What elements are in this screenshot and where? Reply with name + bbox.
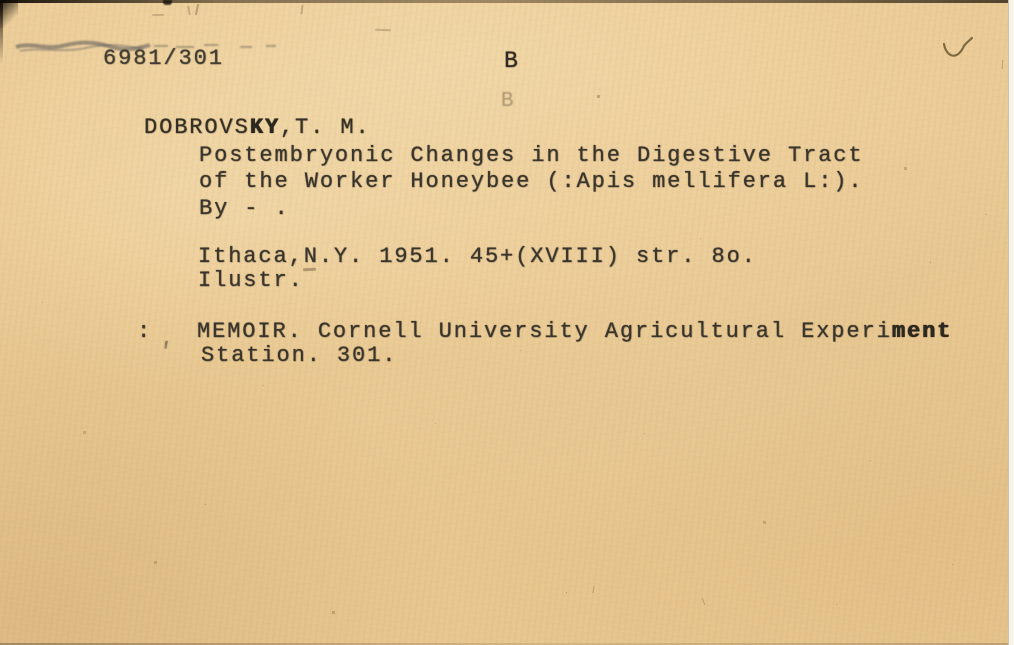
call-number: 6981/301	[103, 48, 224, 70]
paper-fiber	[702, 598, 706, 605]
title-line-2: of the Worker Honeybee (:Apis mellifera …	[199, 171, 864, 193]
stray-dash-mark	[152, 14, 164, 16]
stray-pencil-mark	[195, 4, 199, 15]
card-edge-strip	[1008, 0, 1014, 645]
ghost-letter-bleedthrough: B	[501, 91, 516, 112]
series-text: MEMOIR. Cornell University Agricultural …	[197, 319, 892, 344]
scan-edge-notch	[163, 0, 172, 5]
stray-pencil-mark	[300, 5, 303, 14]
paper-fiber	[592, 586, 594, 593]
author-name: DOBROVS	[144, 115, 250, 140]
paper-fiber	[1002, 60, 1004, 69]
series-text-overstrike: ment	[892, 319, 952, 344]
author-initials: ,T. M.	[280, 115, 371, 140]
series-comma-mark: ,	[158, 327, 177, 352]
stray-dash-mark	[375, 29, 391, 32]
title-line-1: Postembryonic Changes in the Digestive T…	[199, 145, 864, 167]
illustration-note: Ilustr.	[198, 270, 304, 292]
scan-edge-top	[0, 0, 1014, 3]
scan-edge-left	[0, 0, 3, 64]
section-letter: B	[504, 50, 520, 73]
author-name-overstrike: KY	[250, 115, 280, 140]
series-line-1: MEMOIR. Cornell University Agricultural …	[197, 321, 952, 343]
author-line: DOBROVSKY,T. M.	[144, 117, 371, 139]
series-colon-mark: :	[137, 321, 152, 343]
stray-pencil-mark	[187, 6, 191, 15]
series-line-2: Station. 301.	[201, 345, 397, 367]
imprint-line: Ithaca,N.Y. 1951. 45+(XVIII) str. 8o.	[198, 246, 757, 268]
catalog-card: 6981/301 B B DOBROVSKY,T. M. Postembryon…	[0, 0, 1014, 645]
pen-checkmark	[938, 34, 978, 70]
byline: By - .	[199, 198, 290, 220]
